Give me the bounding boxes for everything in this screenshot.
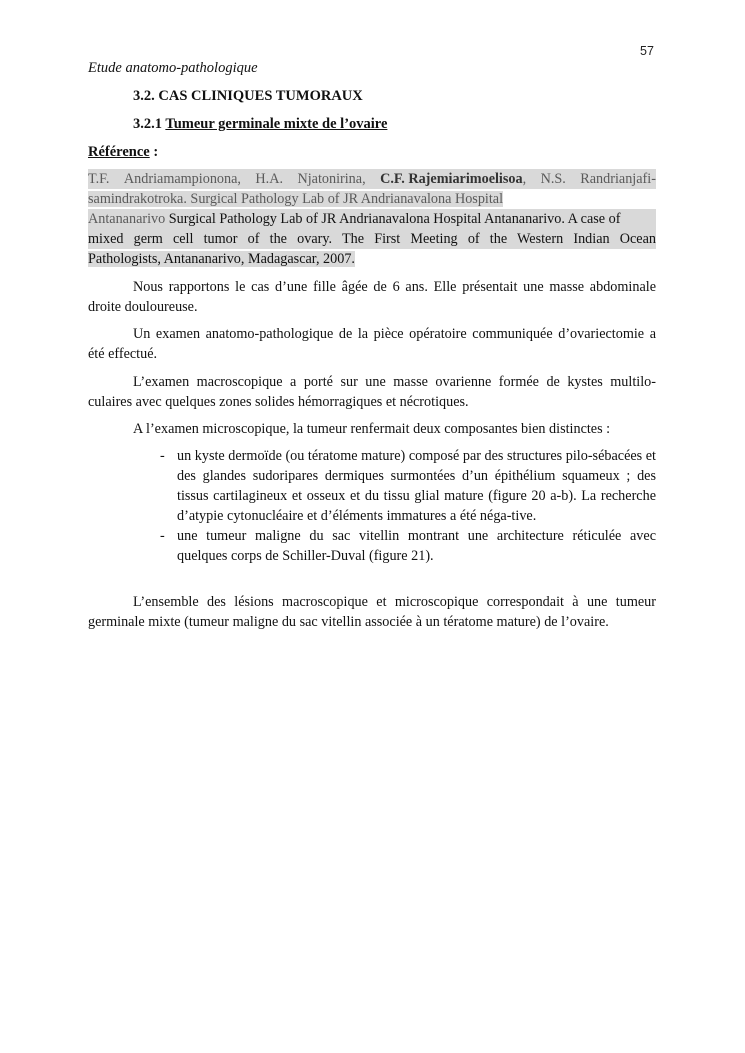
reference-line-2: samindrakotroka. Surgical Pathology Lab … [88,189,656,209]
list-item: - une tumeur maligne du sac vitellin mon… [160,526,656,566]
reference-line-3: Antananarivo Surgical Pathology Lab of J… [88,209,656,229]
subsection-title: Tumeur germinale mixte de l’ovaire [165,116,387,132]
reference-label-colon: : [150,144,158,160]
subsection-heading: 3.2.1 Tumeur germinale mixte de l’ovaire [133,116,387,133]
findings-list: - un kyste dermoïde (ou tératome mature)… [160,446,656,566]
subsection-number: 3.2.1 [133,116,162,132]
paragraph-exam: Un examen anatomo-pathologique de la piè… [88,324,656,364]
reference-line-1: T.F. Andriamampionona, H.A. Njatonirina,… [88,169,656,189]
section-heading: 3.2. CAS CLINIQUES TUMORAUX [133,88,363,105]
reference-line-4-text: mixed germ cell tumor of the ovary. The … [88,231,656,247]
reference-author: Andriamampionona, [124,169,241,189]
list-item-text: une tumeur maligne du sac vitellin montr… [177,528,656,564]
list-item: - un kyste dermoïde (ou tératome mature)… [160,446,656,526]
reference-author: Randrianjafi- [580,169,656,189]
reference-label-text: Référence [88,144,150,160]
paragraph-conclusion: L’ensemble des lésions macroscopique et … [88,592,656,632]
reference-line-3-black: Surgical Pathology Lab of JR Andrianaval… [165,211,620,227]
reference-author: H.A. [255,169,283,189]
reference-author-bold-text: C.F. Rajemiarimoelisoa [380,171,523,187]
dash-bullet-icon: - [160,526,165,546]
reference-line-3-gray: Antananarivo [88,211,165,227]
reference-line-5: Pathologists, Antananarivo, Madagascar, … [88,249,656,269]
paragraph-microscopic-intro: A l’examen microscopique, la tumeur renf… [88,419,656,439]
reference-label: Référence : [88,144,158,161]
running-header: Etude anatomo-pathologique [88,60,258,77]
reference-comma: , [523,171,527,187]
page-number: 57 [640,44,654,58]
reference-line-4: mixed germ cell tumor of the ovary. The … [88,229,656,249]
reference-author: N.S. [541,169,566,189]
reference-author: Njatonirina, [297,169,365,189]
reference-author-bold: C.F. Rajemiarimoelisoa, [380,169,526,189]
reference-line-5-text: Pathologists, Antananarivo, Madagascar, … [88,251,355,267]
reference-line-2-text: samindrakotroka. Surgical Pathology Lab … [88,191,503,207]
dash-bullet-icon: - [160,446,165,466]
paragraph-case-report: Nous rapportons le cas d’une fille âgée … [88,277,656,317]
paragraph-macroscopic: L’examen macroscopique a porté sur une m… [88,372,656,412]
reference-author: T.F. [88,169,109,189]
reference-citation: T.F. Andriamampionona, H.A. Njatonirina,… [88,169,656,269]
document-page: 57 Etude anatomo-pathologique 3.2. CAS C… [0,0,745,1053]
list-item-text: un kyste dermoïde (ou tératome mature) c… [177,448,656,524]
